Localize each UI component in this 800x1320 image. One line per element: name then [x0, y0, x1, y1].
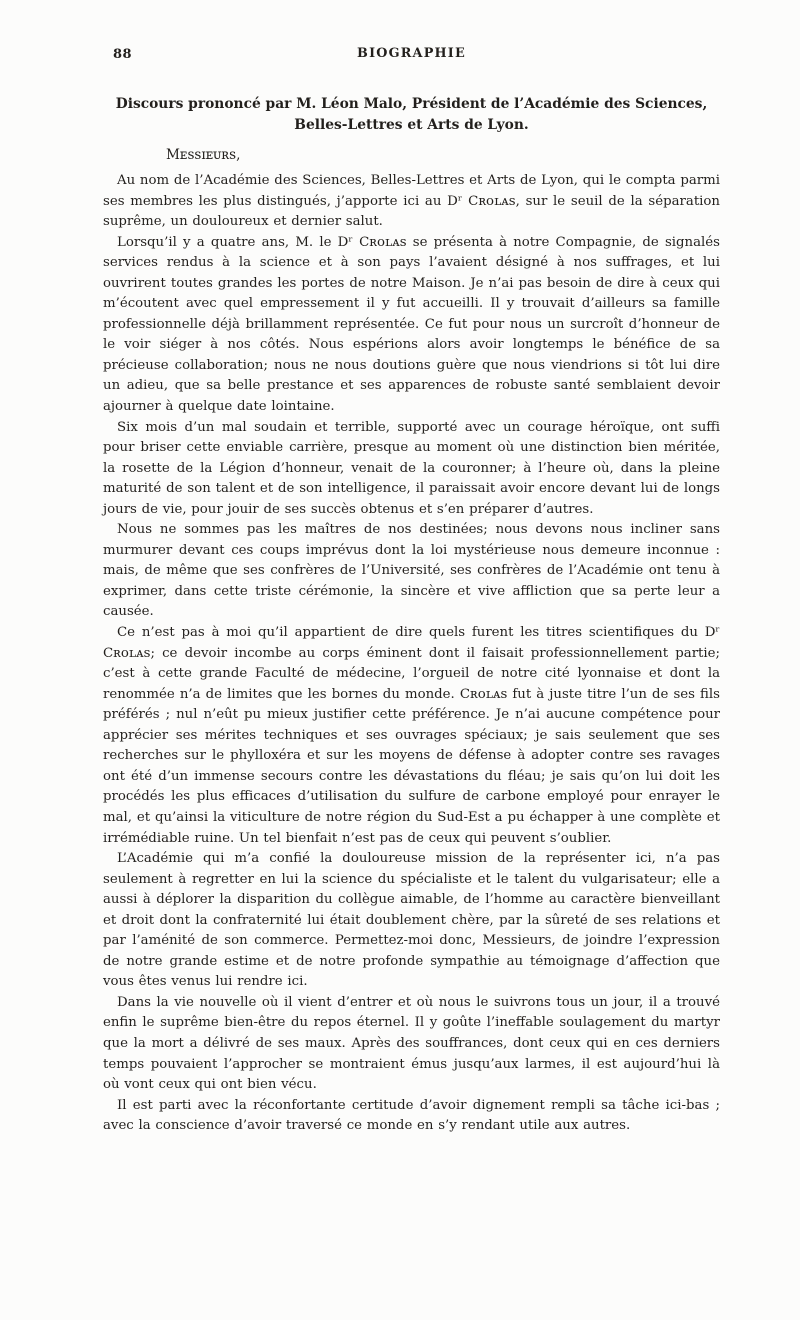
- speech-body: Au nom de l’Académie des Sciences, Belle…: [103, 171, 720, 1137]
- salutation: Mᴇssɪᴇᴜʀs,: [166, 147, 240, 163]
- running-header: 88 BIOGRAPHIE: [103, 46, 720, 64]
- running-head-title: BIOGRAPHIE: [103, 46, 720, 61]
- speech-title-line-1: Discours prononcé par M. Léon Malo, Prés…: [103, 94, 720, 115]
- paragraph-3: Six mois d’un mal soudain et terrible, s…: [103, 418, 720, 521]
- paragraph-2: Lorsqu’il y a quatre ans, M. le Dʳ Cʀᴏʟᴀ…: [103, 233, 720, 418]
- paragraph-1: Au nom de l’Académie des Sciences, Belle…: [103, 171, 720, 233]
- speech-title-line-2: Belles-Lettres et Arts de Lyon.: [103, 115, 720, 136]
- paragraph-7: Dans la vie nouvelle où il vient d’entre…: [103, 993, 720, 1096]
- paragraph-6: L’Académie qui m’a confié la douloureuse…: [103, 849, 720, 993]
- speech-title: Discours prononcé par M. Léon Malo, Prés…: [103, 94, 720, 136]
- scanned-book-page: 88 BIOGRAPHIE Discours prononcé par M. L…: [0, 0, 800, 1320]
- paragraph-4: Nous ne sommes pas les maîtres de nos de…: [103, 520, 720, 623]
- paragraph-8: Il est parti avec la réconfortante certi…: [103, 1096, 720, 1137]
- paragraph-5: Ce n’est pas à moi qu’il appartient de d…: [103, 623, 720, 849]
